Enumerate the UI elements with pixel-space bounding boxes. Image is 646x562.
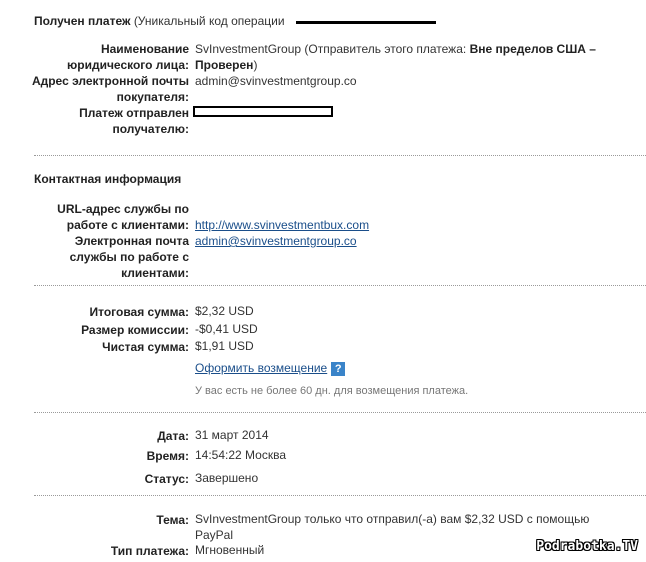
fee-value: -$0,41 USD — [195, 321, 258, 337]
label-line: Адрес электронной почты — [32, 73, 189, 89]
redacted-transaction-id — [296, 21, 436, 24]
section-divider — [34, 495, 646, 496]
label-line: Электронная почта — [70, 233, 189, 249]
title-rest: (Уникальный код операции — [134, 14, 285, 28]
support-email-label: Электронная почта службы по работе с кли… — [70, 233, 189, 281]
label-line: покупателя: — [32, 89, 189, 105]
sent-to-label: Платеж отправлен получателю: — [79, 105, 189, 137]
label-line: службы по работе с — [70, 249, 189, 265]
time-value: 14:54:22 Москва — [195, 447, 286, 463]
label-line: Платеж отправлен — [79, 105, 189, 121]
date-label: Дата: — [157, 428, 189, 444]
redacted-recipient — [193, 106, 333, 117]
label-line: клиентами: — [70, 265, 189, 281]
payment-type-value: Мгновенный — [195, 542, 264, 558]
watermark: Podrabotka.TV — [536, 539, 638, 554]
subject-label: Тема: — [156, 512, 189, 528]
label-line: URL-адрес службы по — [57, 201, 189, 217]
support-email-link[interactable]: admin@svinvestmentgroup.co — [195, 233, 357, 249]
support-url-link[interactable]: http://www.svinvestmentbux.com — [195, 217, 369, 233]
time-label: Время: — [147, 448, 189, 464]
net-label: Чистая сумма: — [102, 339, 189, 355]
refund-link[interactable]: Оформить возмещение — [195, 361, 327, 375]
help-icon[interactable]: ? — [331, 362, 345, 376]
payment-type-label: Тип платежа: — [111, 543, 189, 559]
buyer-email-label: Адрес электронной почты покупателя: — [32, 73, 189, 105]
legal-name-label: Наименование юридического лица: — [67, 41, 189, 73]
verification-status: Вне пределов США – — [470, 42, 596, 56]
value-text: SvInvestmentGroup (Отправитель этого пла… — [195, 42, 466, 56]
status-value: Завершено — [195, 470, 258, 486]
label-line: юридического лица: — [67, 57, 189, 73]
section-divider — [34, 285, 646, 286]
label-line: получателю: — [79, 121, 189, 137]
section-divider — [34, 155, 646, 156]
title-bold: Получен платеж — [34, 14, 130, 28]
contact-heading: Контактная информация — [34, 172, 181, 186]
net-value: $1,91 USD — [195, 338, 254, 354]
date-value: 31 март 2014 — [195, 427, 269, 443]
refund-note: У вас есть не более 60 дн. для возмещени… — [195, 383, 468, 399]
refund-row: Оформить возмещение? — [195, 360, 345, 376]
page-title: Получен платеж (Уникальный код операции — [34, 13, 285, 29]
total-value: $2,32 USD — [195, 303, 254, 319]
subject-line: SvInvestmentGroup только что отправил(-а… — [195, 511, 615, 527]
total-label: Итоговая сумма: — [89, 304, 189, 320]
legal-name-value: SvInvestmentGroup (Отправитель этого пла… — [195, 41, 615, 73]
support-url-label: URL-адрес службы по работе с клиентами: — [57, 201, 189, 233]
buyer-email-value: admin@svinvestmentgroup.co — [195, 73, 357, 89]
fee-label: Размер комиссии: — [81, 322, 189, 338]
label-line: работе с клиентами: — [57, 217, 189, 233]
verification-status-2: Проверен — [195, 58, 253, 72]
label-line: Наименование — [67, 41, 189, 57]
value-suffix: ) — [253, 58, 257, 72]
section-divider — [34, 412, 646, 413]
status-label: Статус: — [145, 471, 189, 487]
